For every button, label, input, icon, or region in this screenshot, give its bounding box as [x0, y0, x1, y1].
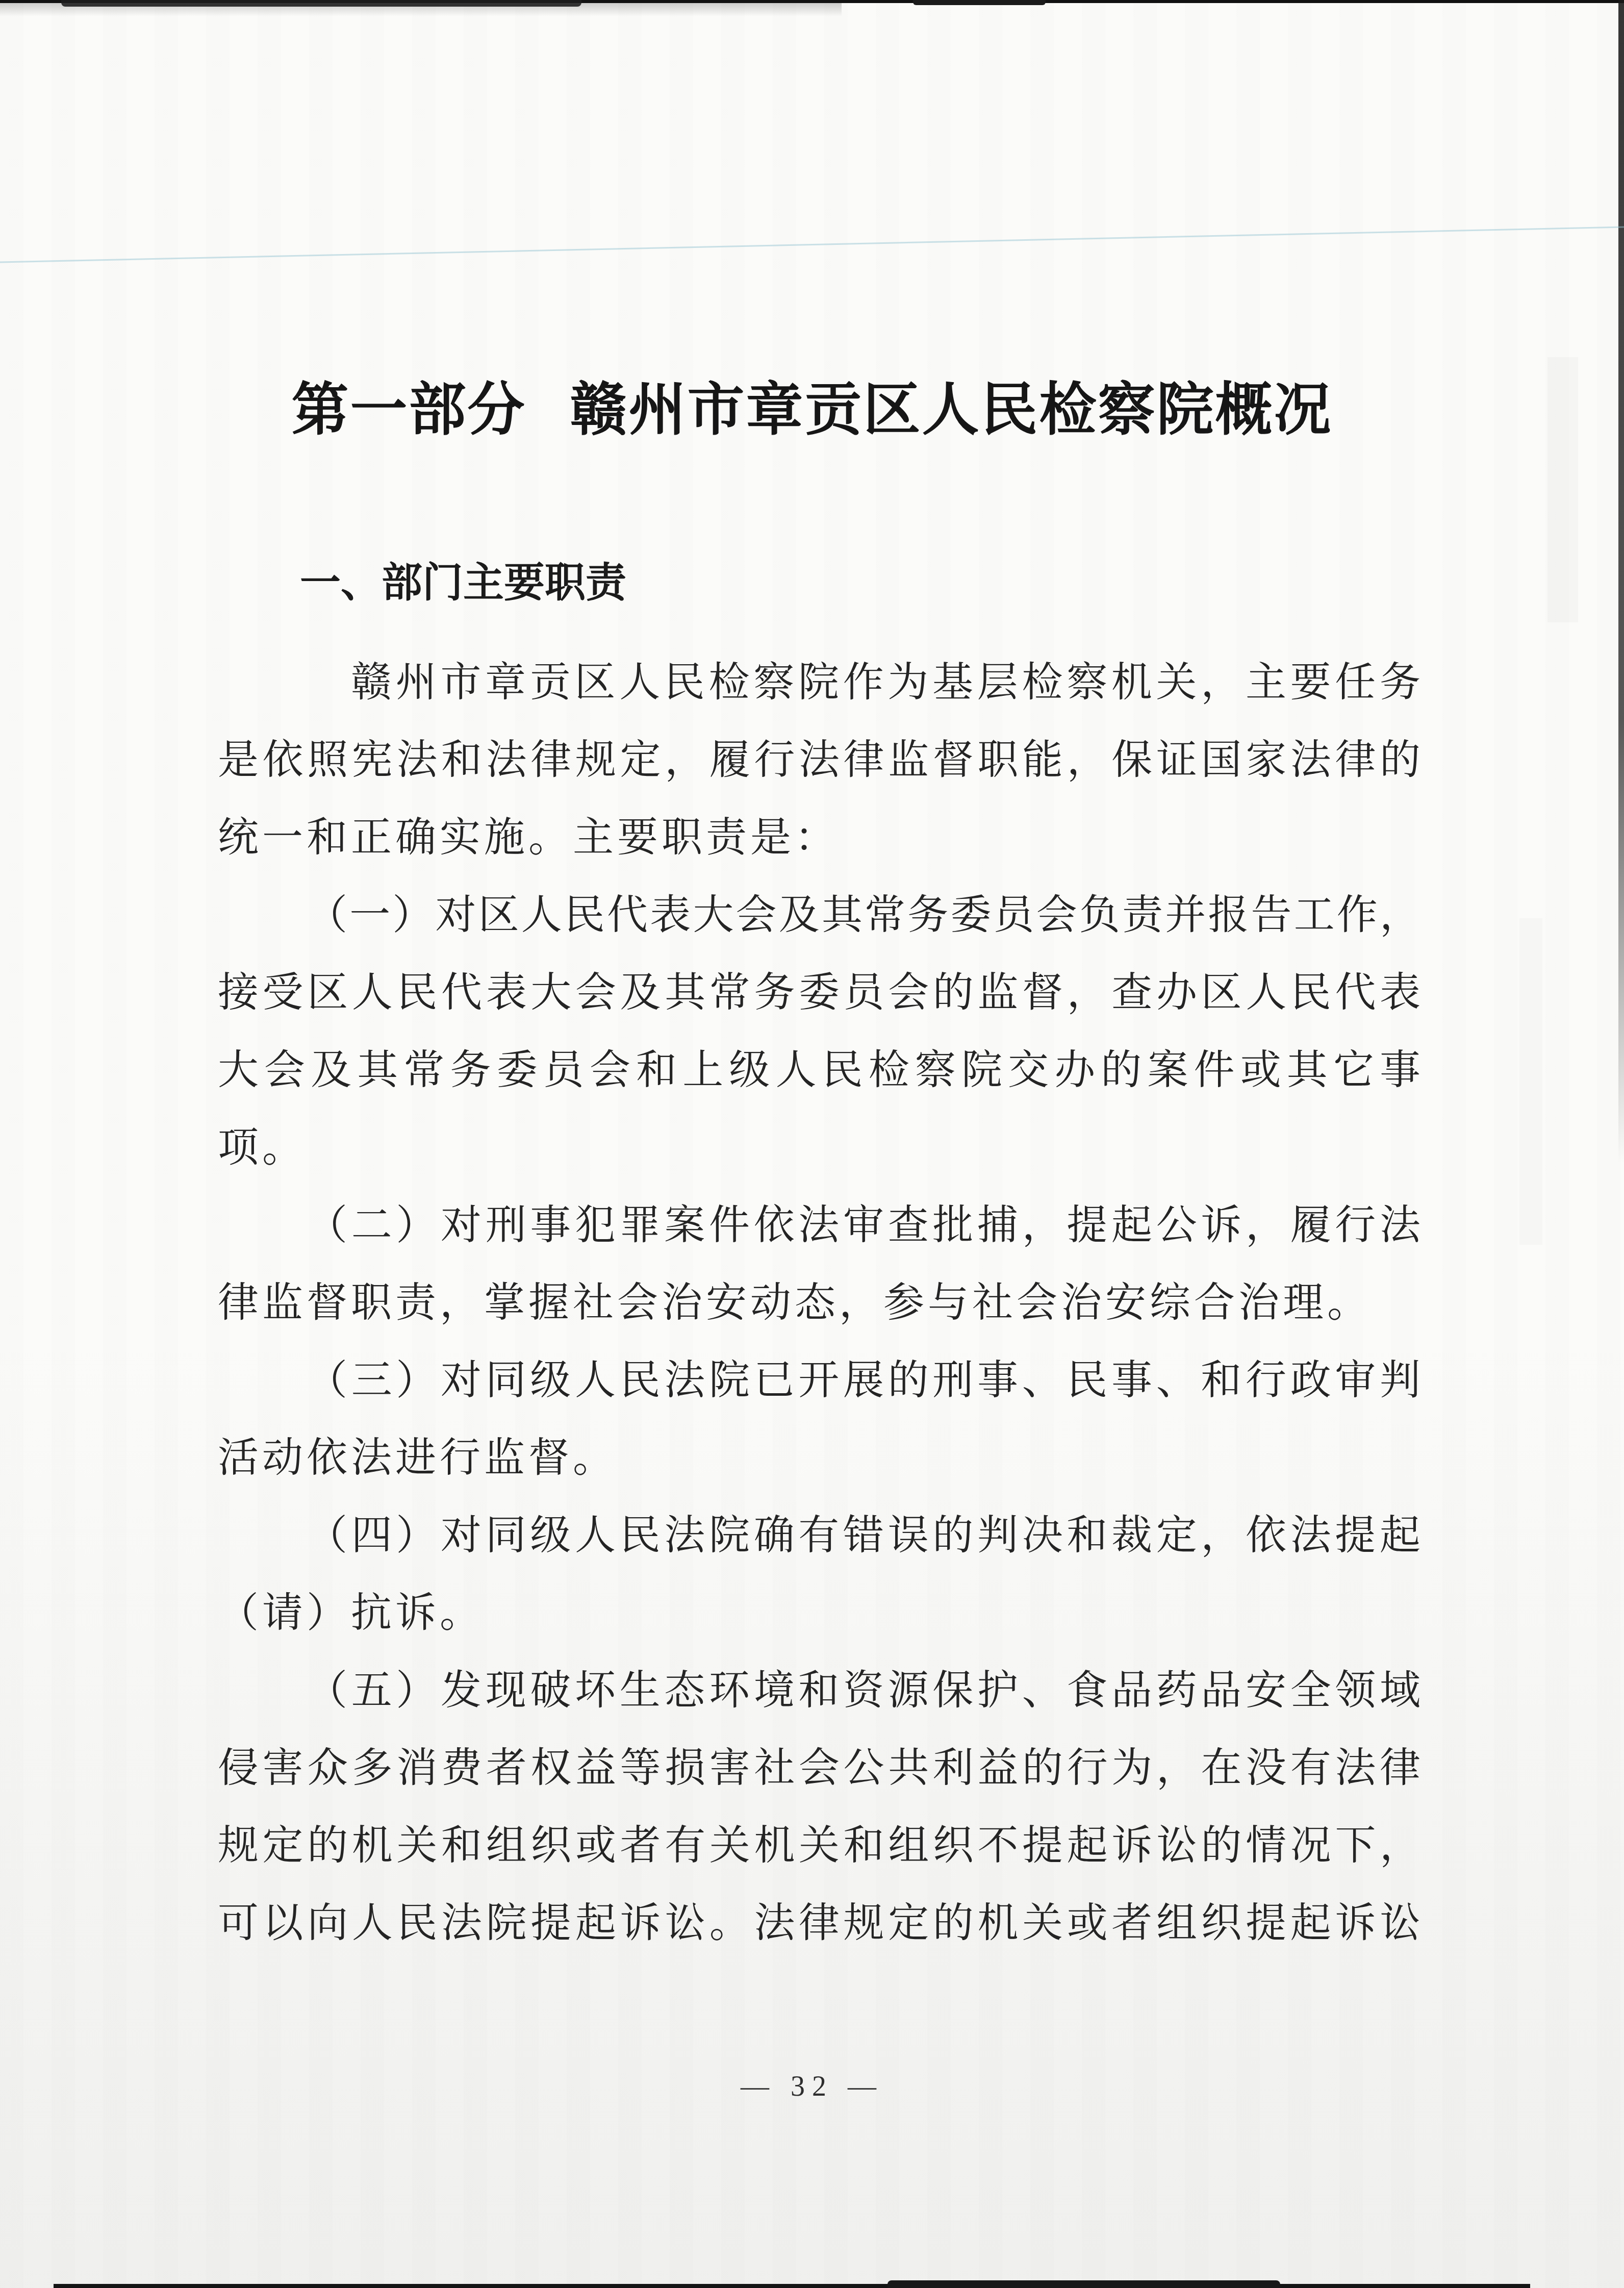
body-text: 赣州市章贡区人民检察院作为基层检察机关，主要任务是依照宪法和法律规定，履行法律监…: [218, 644, 1420, 1962]
document-title: 第一部分 赣州市章贡区人民检察院概况: [0, 382, 1624, 439]
paragraph-1-line-3: 统一和正确实施。主要职责是：: [218, 799, 1420, 876]
scan-artifact-bottom-edge: [54, 2284, 1530, 2288]
scan-artifact-top-blob: [913, 0, 1046, 5]
paragraph-6-line-4: 可以向人民法院提起诉讼。法律规定的机关或者组织提起诉讼: [218, 1884, 1420, 1962]
paragraph-1-line-2: 是依照宪法和法律规定，履行法律监督职能，保证国家法律的: [218, 721, 1420, 799]
paragraph-5-line-1: （四）对同级人民法院确有错误的判决和裁定，依法提起: [218, 1497, 1420, 1574]
paragraph-1-line-1: 赣州市章贡区人民检察院作为基层检察机关，主要任务: [218, 644, 1420, 721]
scan-artifact-streak: [1519, 918, 1542, 1245]
paragraph-2-line-2: 接受区人民代表大会及其常务委员会的监督，查办区人民代表: [218, 954, 1420, 1032]
paragraph-2-line-4: 项。: [218, 1109, 1420, 1187]
section-heading: 一、部门主要职责: [300, 562, 626, 603]
paragraph-4-line-1: （三）对同级人民法院已开展的刑事、民事、和行政审判: [218, 1342, 1420, 1419]
scanned-document-page: 第一部分 赣州市章贡区人民检察院概况 一、部门主要职责 赣州市章贡区人民检察院作…: [0, 0, 1624, 2288]
paragraph-3-line-2: 律监督职责，掌握社会治安动态，参与社会治安综合治理。: [218, 1264, 1420, 1342]
paragraph-3-line-1: （二）对刑事犯罪案件依法审查批捕，提起公诉，履行法: [218, 1187, 1420, 1264]
page-number: — 32 —: [0, 2072, 1624, 2101]
paragraph-6-line-2: 侵害众多消费者权益等损害社会公共利益的行为，在没有法律: [218, 1729, 1420, 1807]
paragraph-2-line-1: （一）对区人民代表大会及其常务委员会负责并报告工作，: [218, 876, 1420, 954]
scan-artifact-top-smear: [0, 3, 842, 16]
scan-artifact-right-edge: [1618, 0, 1624, 1163]
paragraph-6-line-1: （五）发现破坏生态环境和资源保护、食品药品安全领域: [218, 1652, 1420, 1729]
paragraph-5-line-2: （请）抗诉。: [218, 1574, 1420, 1652]
paragraph-2-line-3: 大会及其常务委员会和上级人民检察院交办的案件或其它事: [218, 1032, 1420, 1109]
paragraph-4-line-2: 活动依法进行监督。: [218, 1419, 1420, 1497]
scan-artifact-diagonal-line: [0, 226, 1624, 263]
scan-artifact-bottom-blob: [887, 2280, 1280, 2288]
paragraph-6-line-3: 规定的机关和组织或者有关机关和组织不提起诉讼的情况下，: [218, 1807, 1420, 1884]
